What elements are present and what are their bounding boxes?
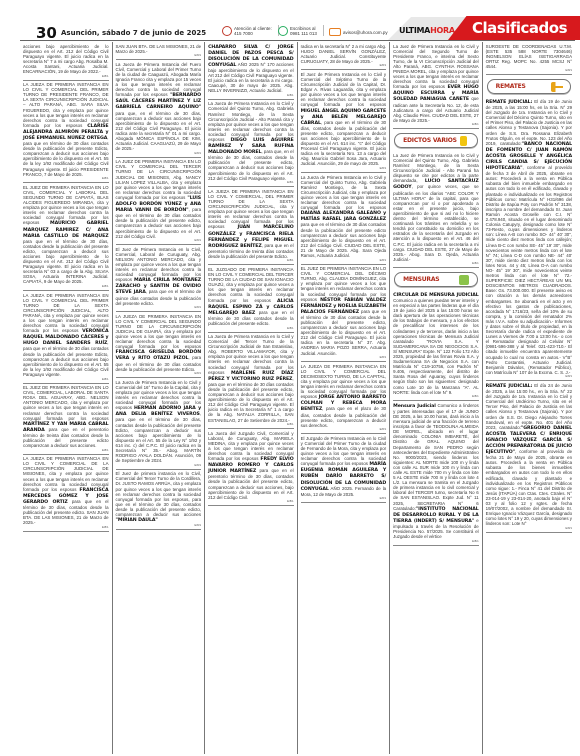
classified-ad: REMATE JUDICIAL: El día 24 de Junio de 2…	[486, 381, 572, 533]
ad-code: E/8/1	[23, 526, 109, 529]
ad-text: La Juez de Primera Instancia en lo Civil…	[393, 44, 479, 90]
ad-code: E/8/1	[23, 378, 109, 381]
classified-ad: REMATE JUDICIAL: El día 19 de Junio de 2…	[486, 97, 572, 381]
classified-ad: La Jueza del Juzgado Civil, Comercial y …	[208, 429, 294, 506]
ad-code: E/8/1	[301, 259, 387, 262]
ad-text: para que en el término de 30 días, conta…	[23, 239, 109, 285]
ad-code: E/8/1	[486, 375, 572, 378]
ad-text: , para que en término de 30 días contado…	[23, 135, 109, 177]
ad-body: LA JUEZA DE PRIMERA INSTANCIA EN LO CIVI…	[116, 314, 202, 372]
ad-body: CHAPARRO SILVA C/ JORGE DANIEL DE PAZOS …	[208, 44, 294, 94]
ad-text: La Jueza de Primera Instancia del Fuero …	[116, 62, 202, 98]
ad-text: El día 19 de Junio de 2025, a las 15:00 …	[486, 99, 572, 146]
ad-body: EL JUEZ DE PRIMERA INSTANCIA EN LO CIVIL…	[23, 185, 109, 285]
ad-code: E/8/1	[393, 395, 479, 398]
classified-ad: SAN JUAN BTA. DE LAS MISIONES, 21 de Mar…	[116, 42, 202, 60]
ad-code: E/8/1	[116, 239, 202, 242]
classified-ad: LA JUEZA DE PRIMERA INSTANCIA EN LO CIVI…	[208, 187, 294, 265]
contact-email[interactable]: avisos@uhora.com.py	[329, 28, 388, 36]
ad-text: LA JUEZA DE PRIMERA INSTANCIA EN LO CIVI…	[116, 314, 202, 350]
classified-ad: La Jueza de Primera Instancia en lo Civi…	[208, 100, 294, 187]
ad-text: El Juez de Primera Instancia en lo Civil…	[116, 247, 202, 283]
ad-body: SUROESTE DE COORDENADAS U.T.M. (ESTE 535…	[486, 44, 572, 69]
ad-text: El día 24 de Junio de 2025, a las 15:00 …	[486, 383, 572, 430]
ad-text: LA JUEZA DE PRIMERA INSTANCIA EN LO CIVI…	[23, 293, 109, 334]
classified-ad: La Jueza de Primera Instancia del Fuero …	[116, 60, 202, 158]
ad-code: E/8/1	[301, 64, 387, 67]
ad-text: EL JUEZ DE PRIMERA INSTANCIA EN LO CIVIL…	[23, 385, 109, 421]
ad-code: E/8/1	[208, 327, 294, 330]
classified-ad: LA JUEZA DE PRIMERA INSTANCIA EN LO CIVI…	[23, 455, 109, 532]
classified-ad: El Juez de Primera Instancia en lo Civil…	[301, 70, 387, 173]
ad-body: LA JUEZA DE PRIMERA INSTANCIA EN LO CIVI…	[301, 364, 387, 428]
ad-code: E/8/1	[116, 524, 202, 527]
ad-body: SAN JUAN BTA. DE LAS MISIONES, 21 de Mar…	[116, 44, 202, 54]
classified-ad: LA JUEZA DE PRIMERA INSTANCIA EN LO CIVI…	[116, 312, 202, 378]
ad-body: acciones bajo apercibimiento de lo dispu…	[23, 44, 109, 75]
ad-code: E/8/1	[301, 167, 387, 170]
ad-text: Comunico a linderos y partes interesadas…	[393, 403, 479, 511]
ad-text: EL JUEZ DE PRIMERA INSTANCIA EN LO CIVIL…	[23, 185, 109, 226]
ad-body: LA JUEZA DE PRIMERA INSTANCIA EN LO CIVI…	[23, 456, 109, 525]
ad-code: E/8/1	[301, 497, 387, 500]
ad-body: La Jueza de Primera Instancia en lo Civi…	[208, 101, 294, 180]
mail-icon	[329, 28, 341, 36]
section-title-banner: Clasificados	[448, 16, 580, 40]
classified-ad: LA JUEZA DE PRIMERA INSTANCIA EN LO CIVI…	[23, 81, 109, 184]
ad-code: E/8/1	[23, 75, 109, 78]
gavel-icon	[551, 82, 562, 92]
column-5: La Juez de Primera Instancia en lo Civil…	[390, 42, 483, 754]
ad-code: E/8/1	[393, 540, 479, 543]
classified-ad: radica en la secretaría N° 2 a mi cargo …	[301, 42, 387, 70]
ad-code: E/8/1	[208, 423, 294, 426]
ad-code: E/8/1	[116, 306, 202, 309]
section-title: Clasificados	[472, 19, 567, 37]
ad-code: E/8/1	[23, 449, 109, 452]
ad-body: La Juez de Primera Instancia en lo Civil…	[393, 44, 479, 123]
ad-highlight: "MIRIAN DAULA"	[116, 518, 158, 523]
contact-whatsapp[interactable]: Escribinos al0981 111 013	[278, 25, 324, 36]
ad-code: E/8/1	[208, 181, 294, 184]
ad-text: SAN JUAN BTA. DE LAS MISIONES, 21 de Mar…	[116, 44, 202, 54]
classified-ad: LA JUEZA DE PRIMERA INSTANCIA EN LO CIVI…	[301, 362, 387, 434]
ad-body: LA JUEZA DE PRIMERA INSTANCIA EN LO CIVI…	[23, 82, 109, 177]
ad-text: para que, en el término de 30 días, comp…	[116, 111, 202, 152]
classified-ad: La Jueza de Primera Instancia en lo Civi…	[301, 173, 387, 265]
classified-ad: La Jueza de Primera Instancia en lo Civi…	[208, 333, 294, 430]
ad-text: , para que en el término de 30 días, con…	[301, 120, 387, 167]
section-banner-label: EDICTOS VARIOS	[403, 138, 457, 143]
classified-ad: EL JUZGADO DE PRIMERA INSTANCIA EN LO CI…	[208, 265, 294, 332]
classified-ad: El Juzgado de Primera Instancia en lo Ci…	[301, 434, 387, 503]
classified-ad: La Jueza de Primera Instancia en lo Civi…	[116, 378, 202, 470]
ad-body: La Jueza de Primera Instancia en lo Civi…	[301, 175, 387, 259]
ad-text: radica en la secretaría N° 2 a mi cargo …	[301, 44, 387, 64]
classified-ad: EL JUEZ DE PRIMERA INSTANCIA EN LO CIVIL…	[23, 183, 109, 291]
ad-body: EL JUEZ DE PRIMERA INSTANCIA EN LO CIVIL…	[23, 385, 109, 448]
ad-text: El Juez de Primera Instancia en lo Civil…	[301, 72, 387, 108]
ad-code: E/8/1	[116, 54, 202, 57]
ad-body: La Jueza de Primera Instancia en lo Civi…	[116, 380, 202, 464]
ad-code: E/8/1	[393, 123, 479, 126]
ad-text: LA JUEZA DE PRIMERA INSTANCIA EN LO CIVI…	[301, 364, 387, 400]
classified-ad: LA JUEZA DE PRIMERA INSTANCIA EN LO CIVI…	[23, 291, 109, 384]
ad-body: REMATE JUDICIAL: El día 24 de Junio de 2…	[486, 383, 572, 527]
page-header: 30 Asunción, sábado 7 de junio de 2025 A…	[0, 0, 580, 40]
ad-text: SUROESTE DE COORDENADAS U.T.M. (ESTE 535…	[486, 44, 572, 69]
contact-phone[interactable]: Atención al cliente:415 7000	[222, 25, 279, 36]
ad-body: El Juez de primera instancia en lo Civil…	[116, 471, 202, 523]
section-banner-edictos-varios: EDICTOS VARIOS	[394, 133, 478, 148]
classified-ad: EL JUEZ DE PRIMERA INSTANCIA EN LO CIVIL…	[23, 384, 109, 455]
ad-code: E/8/1	[23, 285, 109, 288]
ad-body: La Jueza del Juzgado Civil, Comercial y …	[208, 431, 294, 500]
ad-code: E/8/1	[116, 464, 202, 467]
ad-text: LA JUEZA DE PRIMERA INSTANCIA EN LO CIVI…	[23, 82, 109, 128]
column-3: CHAPARRO SILVA C/ JORGE DANIEL DE PAZOS …	[205, 42, 298, 754]
ad-text: para que en el término de 30 días contad…	[301, 222, 387, 258]
whatsapp-icon	[278, 26, 288, 36]
ad-body: LA JUEZ DE PRIMERA INSTANCIA EN LO CIVIL…	[116, 159, 202, 238]
column-6: SUROESTE DE COORDENADAS U.T.M. (ESTE 535…	[483, 42, 575, 754]
ad-code: E/8/1	[393, 262, 479, 265]
ad-body: LA JUEZA DE PRIMERA INSTANCIA EN LO CIVI…	[208, 189, 294, 259]
section-banner-label: MENSURAS	[403, 277, 439, 282]
ad-body: La Jueza de Primera Instancia en lo Civi…	[208, 334, 294, 423]
ad-code: E/8/1	[116, 152, 202, 155]
ad-body: EL JUEZ DE PRIMERA INSTANCIA EN LO CIVIL…	[301, 266, 387, 356]
ad-body: La Jueza de Primera Instancia del Fuero …	[116, 62, 202, 152]
classified-ad: El Juez de Primera Instancia en lo Civil…	[116, 245, 202, 312]
ad-text: Comunico a quienes puedan tener interés …	[393, 298, 479, 395]
ad-text: El Juez de primera instancia en lo Civil…	[116, 471, 202, 517]
header-rule	[20, 40, 575, 41]
ad-text: , para que en el término de 30 días, con…	[116, 411, 202, 463]
classified-ad: EL JUEZ DE PRIMERA INSTANCIA EN LO CIVIL…	[301, 265, 387, 363]
ad-body: La Juez de Primera Instancia en lo Civil…	[393, 153, 479, 262]
column-4: radica en la secretaría N° 2 a mi cargo …	[298, 42, 391, 754]
ad-text: para que en el término de 30 días contad…	[301, 309, 387, 356]
ad-body: EL JUZGADO DE PRIMERA INSTANCIA EN LO CI…	[208, 267, 294, 326]
ad-body: El Juzgado de Primera Instancia en lo Ci…	[301, 436, 387, 497]
classified-ad: acciones bajo apercibimiento de lo dispu…	[23, 42, 109, 81]
ad-body: El Juez de Primera Instancia en lo Civil…	[116, 247, 202, 306]
ad-code: E/8/1	[116, 372, 202, 375]
ad-text: acciones bajo apercibimiento de lo dispu…	[23, 44, 109, 74]
section-banner-mensuras: MENSURAS	[394, 272, 478, 287]
ad-text: , por quince veces, que se publicarán en…	[393, 184, 479, 261]
classified-ad: CHAPARRO SILVA C/ JORGE DANIEL DE PAZOS …	[208, 42, 294, 100]
ad-body: LA JUEZA DE PRIMERA INSTANCIA EN LO CIVI…	[23, 293, 109, 378]
ad-text: , conforme al proveído de fecha 21 de Ma…	[486, 449, 572, 526]
ultimahora-logo: ULTIMAHORA	[399, 26, 455, 35]
phone-icon	[222, 26, 232, 36]
ad-text: , para que en el término de 30 días cont…	[23, 340, 109, 377]
classified-ad: La Juez de Primera Instancia en lo Civil…	[393, 42, 479, 129]
ad-text: , para que en el término de 30 días cont…	[208, 376, 294, 423]
ad-text: La Jueza de Primera Instancia en lo Civi…	[301, 175, 387, 211]
ad-text: La Jueza de Primera Instancia en lo Civi…	[208, 334, 294, 375]
ad-highlight: DAIANA ALEXANDRA GALEANO y MATÍAS RAFAEL…	[301, 211, 387, 222]
ad-code: E/8/1	[208, 500, 294, 503]
ad-text: LA JUEZA DE PRIMERA INSTANCIA EN LO CIVI…	[23, 456, 109, 492]
map-icon	[459, 275, 469, 285]
classified-ad: SUROESTE DE COORDENADAS U.T.M. (ESTE 535…	[486, 42, 572, 75]
ad-text: LA JUEZ DE PRIMERA INSTANCIA EN LO CIVIL…	[116, 159, 202, 200]
ad-body: CIRCULAR DE MENSURA JUDICIAL Comunico a …	[393, 292, 479, 395]
ad-body: Mensura Judicial Comunico a linderos y p…	[393, 403, 479, 539]
ad-code: E/8/1	[486, 69, 572, 72]
ad-body: REMATE JUDICIAL: El día 19 de Junio de 2…	[486, 99, 572, 375]
classifieds-columns: acciones bajo apercibimiento de lo dispu…	[20, 42, 575, 754]
ad-body: radica en la secretaría N° 2 a mi cargo …	[301, 44, 387, 64]
classified-ad: Mensura Judicial Comunico a linderos y p…	[393, 401, 479, 545]
classified-ad: La Juez de Primera Instancia en lo Civil…	[393, 151, 479, 268]
column-1: acciones bajo apercibimiento de lo dispu…	[20, 42, 113, 754]
ad-text: LA JUEZA DE PRIMERA INSTANCIA EN LO CIVI…	[208, 189, 294, 230]
section-banner-label: REMATES	[496, 84, 526, 89]
ad-text: , conforme al proveído de fecha 3 de Abr…	[486, 165, 572, 375]
section-banner-remates: REMATES	[487, 79, 571, 94]
ad-body: El Juez de Primera Instancia en lo Civil…	[301, 72, 387, 167]
ad-code: E/8/1	[23, 177, 109, 180]
classified-ad: LA JUEZ DE PRIMERA INSTANCIA EN LO CIVIL…	[116, 158, 202, 245]
ad-code: E/8/1	[301, 428, 387, 431]
ad-code: E/8/1	[486, 527, 572, 530]
document-icon	[460, 136, 467, 146]
classified-ad: El Juez de primera instancia en lo Civil…	[116, 470, 202, 530]
ad-text: EL JUZGADO DE PRIMERA INSTANCIA EN LO CI…	[208, 267, 294, 303]
page-date: Asunción, sábado 7 de junio de 2025	[61, 29, 206, 37]
ad-code: E/8/1	[208, 94, 294, 97]
ad-text: La Jueza de Primera Instancia en lo Civi…	[208, 101, 294, 142]
ad-code: E/8/1	[301, 356, 387, 359]
column-2: SAN JUAN BTA. DE LAS MISIONES, 21 de Mar…	[113, 42, 206, 754]
ad-code: E/8/1	[208, 259, 294, 262]
ad-text: EL JUEZ DE PRIMERA INSTANCIA EN LO CIVIL…	[301, 266, 387, 302]
classified-ad: CIRCULAR DE MENSURA JUDICIAL Comunico a …	[393, 290, 479, 401]
